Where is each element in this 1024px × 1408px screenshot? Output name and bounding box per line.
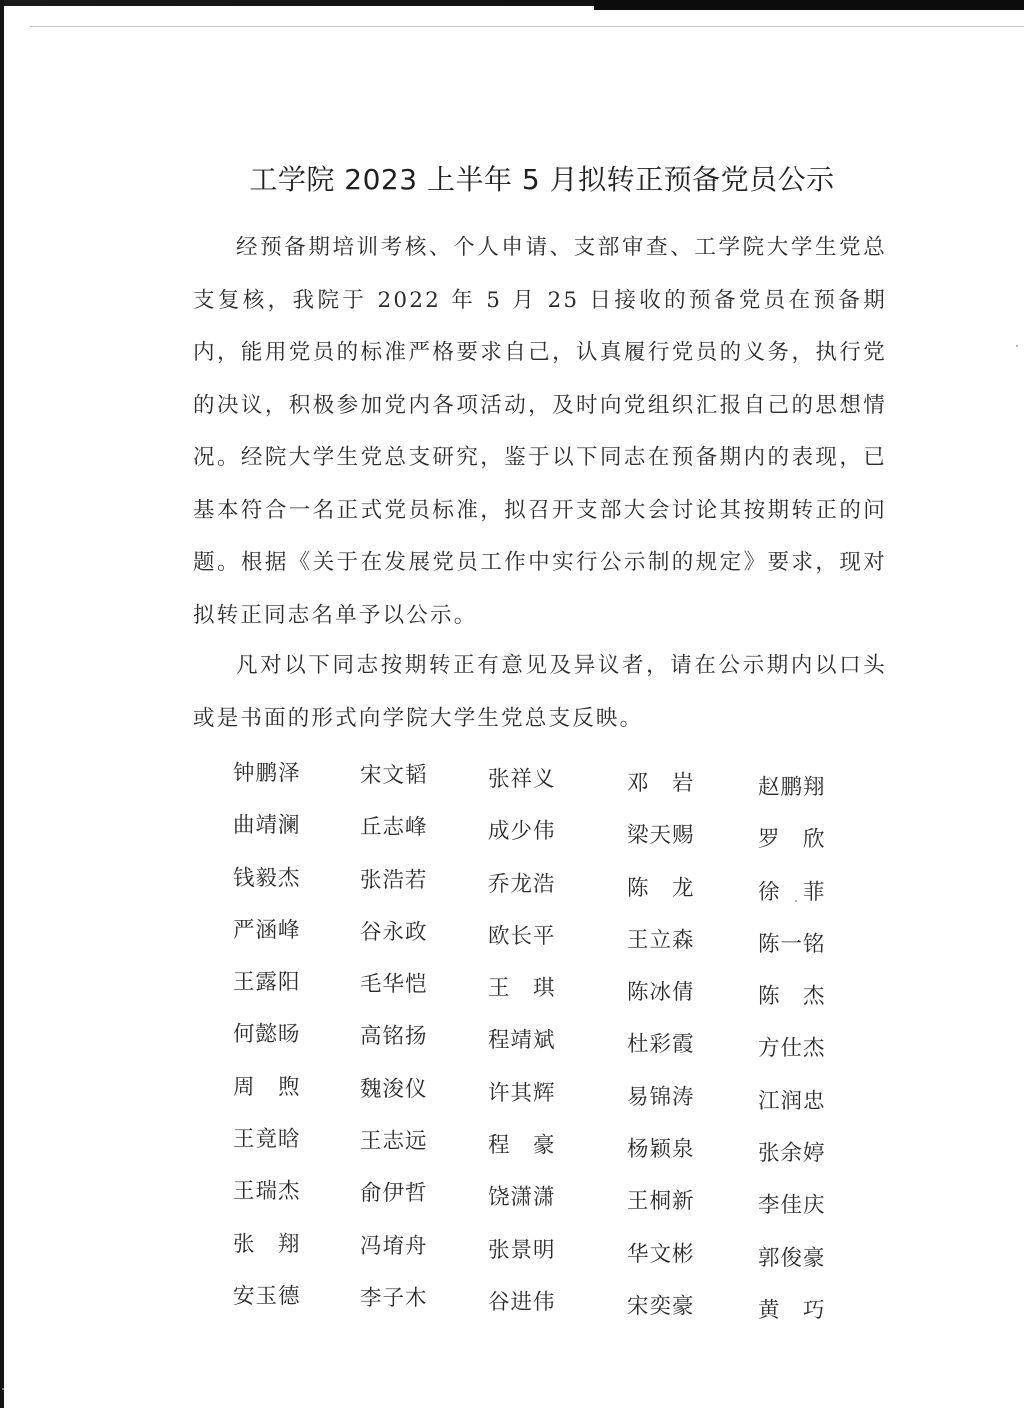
body-paragraph-announcement: 经预备期培训考核、个人申请、支部审查、工学院大学生党总支复核，我院于 2022 …: [193, 222, 887, 642]
candidate-name: 华文彬: [627, 1237, 695, 1268]
page-header-rule: [30, 26, 1024, 27]
candidate-name: 李佳庆: [758, 1188, 826, 1219]
candidate-name: 王露阳: [233, 965, 301, 996]
candidate-name: 冯堉舟: [360, 1229, 428, 1260]
candidate-name: 邓 岩: [627, 766, 695, 797]
candidate-name: 丘志峰: [360, 810, 428, 841]
candidate-name: 杜彩霞: [627, 1027, 695, 1058]
scan-speck: [1016, 345, 1018, 347]
candidate-name: 杨颖泉: [627, 1132, 695, 1163]
candidate-name: 王立森: [627, 923, 695, 954]
candidate-name: 王志远: [360, 1124, 428, 1155]
candidate-name: 魏浚仪: [360, 1072, 428, 1103]
document-title: 工学院 2023 上半年 5 月拟转正预备党员公示: [0, 158, 1024, 198]
names-row: 严涵峰 谷永政 欧长平 王立森 陈一铭: [0, 905, 1024, 957]
scan-top-edge-shadow: [594, 0, 1024, 10]
candidate-name: 黄 巧: [758, 1293, 826, 1324]
candidate-name: 钟鹏泽: [233, 756, 301, 787]
candidate-name: 高铭扬: [360, 1019, 428, 1050]
candidate-name: 安玉德: [233, 1279, 301, 1310]
candidate-name: 王竟晗: [233, 1122, 301, 1153]
scan-speck: [795, 900, 797, 902]
candidate-name: 乔龙浩: [488, 867, 556, 898]
candidate-name: 许其辉: [488, 1076, 556, 1107]
names-row: 张 翔 冯堉舟 张景明 华文彬 郭俊豪: [0, 1219, 1024, 1271]
names-row: 曲靖澜 丘志峰 成少伟 梁天赐 罗 欣: [0, 800, 1024, 852]
candidate-name: 程 豪: [488, 1128, 556, 1159]
names-row: 安玉德 李子木 谷进伟 宋奕豪 黄 巧: [0, 1271, 1024, 1323]
candidate-names-grid: 钟鹏泽 宋文韬 张祥义 邓 岩 赵鹏翔 曲靖澜 丘志峰 成少伟 梁天赐 罗 欣 …: [0, 748, 1024, 1323]
candidate-name: 成少伟: [488, 814, 556, 845]
candidate-name: 梁天赐: [627, 818, 695, 849]
names-row: 王瑞杰 俞伊哲 饶潇潇 王桐新 李佳庆: [0, 1166, 1024, 1218]
candidate-name: 宋奕豪: [627, 1289, 695, 1320]
names-row: 钱毅杰 张浩若 乔龙浩 陈 龙 徐 菲: [0, 853, 1024, 905]
candidate-name: 张余婷: [758, 1136, 826, 1167]
candidate-name: 俞伊哲: [360, 1176, 428, 1207]
candidate-name: 宋文韬: [360, 758, 428, 789]
candidate-name: 钱毅杰: [233, 861, 301, 892]
candidate-name: 陈冰倩: [627, 975, 695, 1006]
candidate-name: 陈 龙: [627, 871, 695, 902]
candidate-name: 陈 杰: [758, 979, 826, 1010]
names-row: 钟鹏泽 宋文韬 张祥义 邓 岩 赵鹏翔: [0, 748, 1024, 800]
candidate-name: 张祥义: [488, 762, 556, 793]
candidate-name: 程靖斌: [488, 1023, 556, 1054]
candidate-name: 严涵峰: [233, 913, 301, 944]
candidate-name: 罗 欣: [758, 822, 826, 853]
scan-speck: [2, 1388, 4, 1390]
candidate-name: 谷永政: [360, 915, 428, 946]
candidate-name: 饶潇潇: [488, 1180, 556, 1211]
candidate-name: 张景明: [488, 1233, 556, 1264]
candidate-name: 郭俊豪: [758, 1241, 826, 1272]
document-body: 经预备期培训考核、个人申请、支部审查、工学院大学生党总支复核，我院于 2022 …: [193, 222, 887, 745]
candidate-name: 张 翔: [233, 1227, 301, 1258]
candidate-name: 张浩若: [360, 863, 428, 894]
candidate-name: 陈一铭: [758, 927, 826, 958]
candidate-name: 王瑞杰: [233, 1174, 301, 1205]
names-row: 王竟晗 王志远 程 豪 杨颖泉 张余婷: [0, 1114, 1024, 1166]
candidate-name: 王 琪: [488, 971, 556, 1002]
body-paragraph-objection-notice: 凡对以下同志按期转正有意见及异议者，请在公示期内以口头或是书面的形式向学院大学生…: [193, 640, 887, 745]
names-row: 王露阳 毛华恺 王 琪 陈冰倩 陈 杰: [0, 957, 1024, 1009]
candidate-name: 方仕杰: [758, 1031, 826, 1062]
candidate-name: 谷进伟: [488, 1285, 556, 1316]
candidate-name: 江润忠: [758, 1084, 826, 1115]
names-row: 何懿旸 高铭扬 程靖斌 杜彩霞 方仕杰: [0, 1009, 1024, 1061]
candidate-name: 欧长平: [488, 919, 556, 950]
names-row: 周 煦 魏浚仪 许其辉 易锦涛 江润忠: [0, 1062, 1024, 1114]
candidate-name: 王桐新: [627, 1184, 695, 1215]
candidate-name: 周 煦: [233, 1070, 301, 1101]
candidate-name: 毛华恺: [360, 967, 428, 998]
candidate-name: 曲靖澜: [233, 808, 301, 839]
candidate-name: 徐 菲: [758, 875, 826, 906]
candidate-name: 易锦涛: [627, 1080, 695, 1111]
candidate-name: 何懿旸: [233, 1017, 301, 1048]
candidate-name: 赵鹏翔: [758, 770, 826, 801]
candidate-name: 李子木: [360, 1281, 428, 1312]
